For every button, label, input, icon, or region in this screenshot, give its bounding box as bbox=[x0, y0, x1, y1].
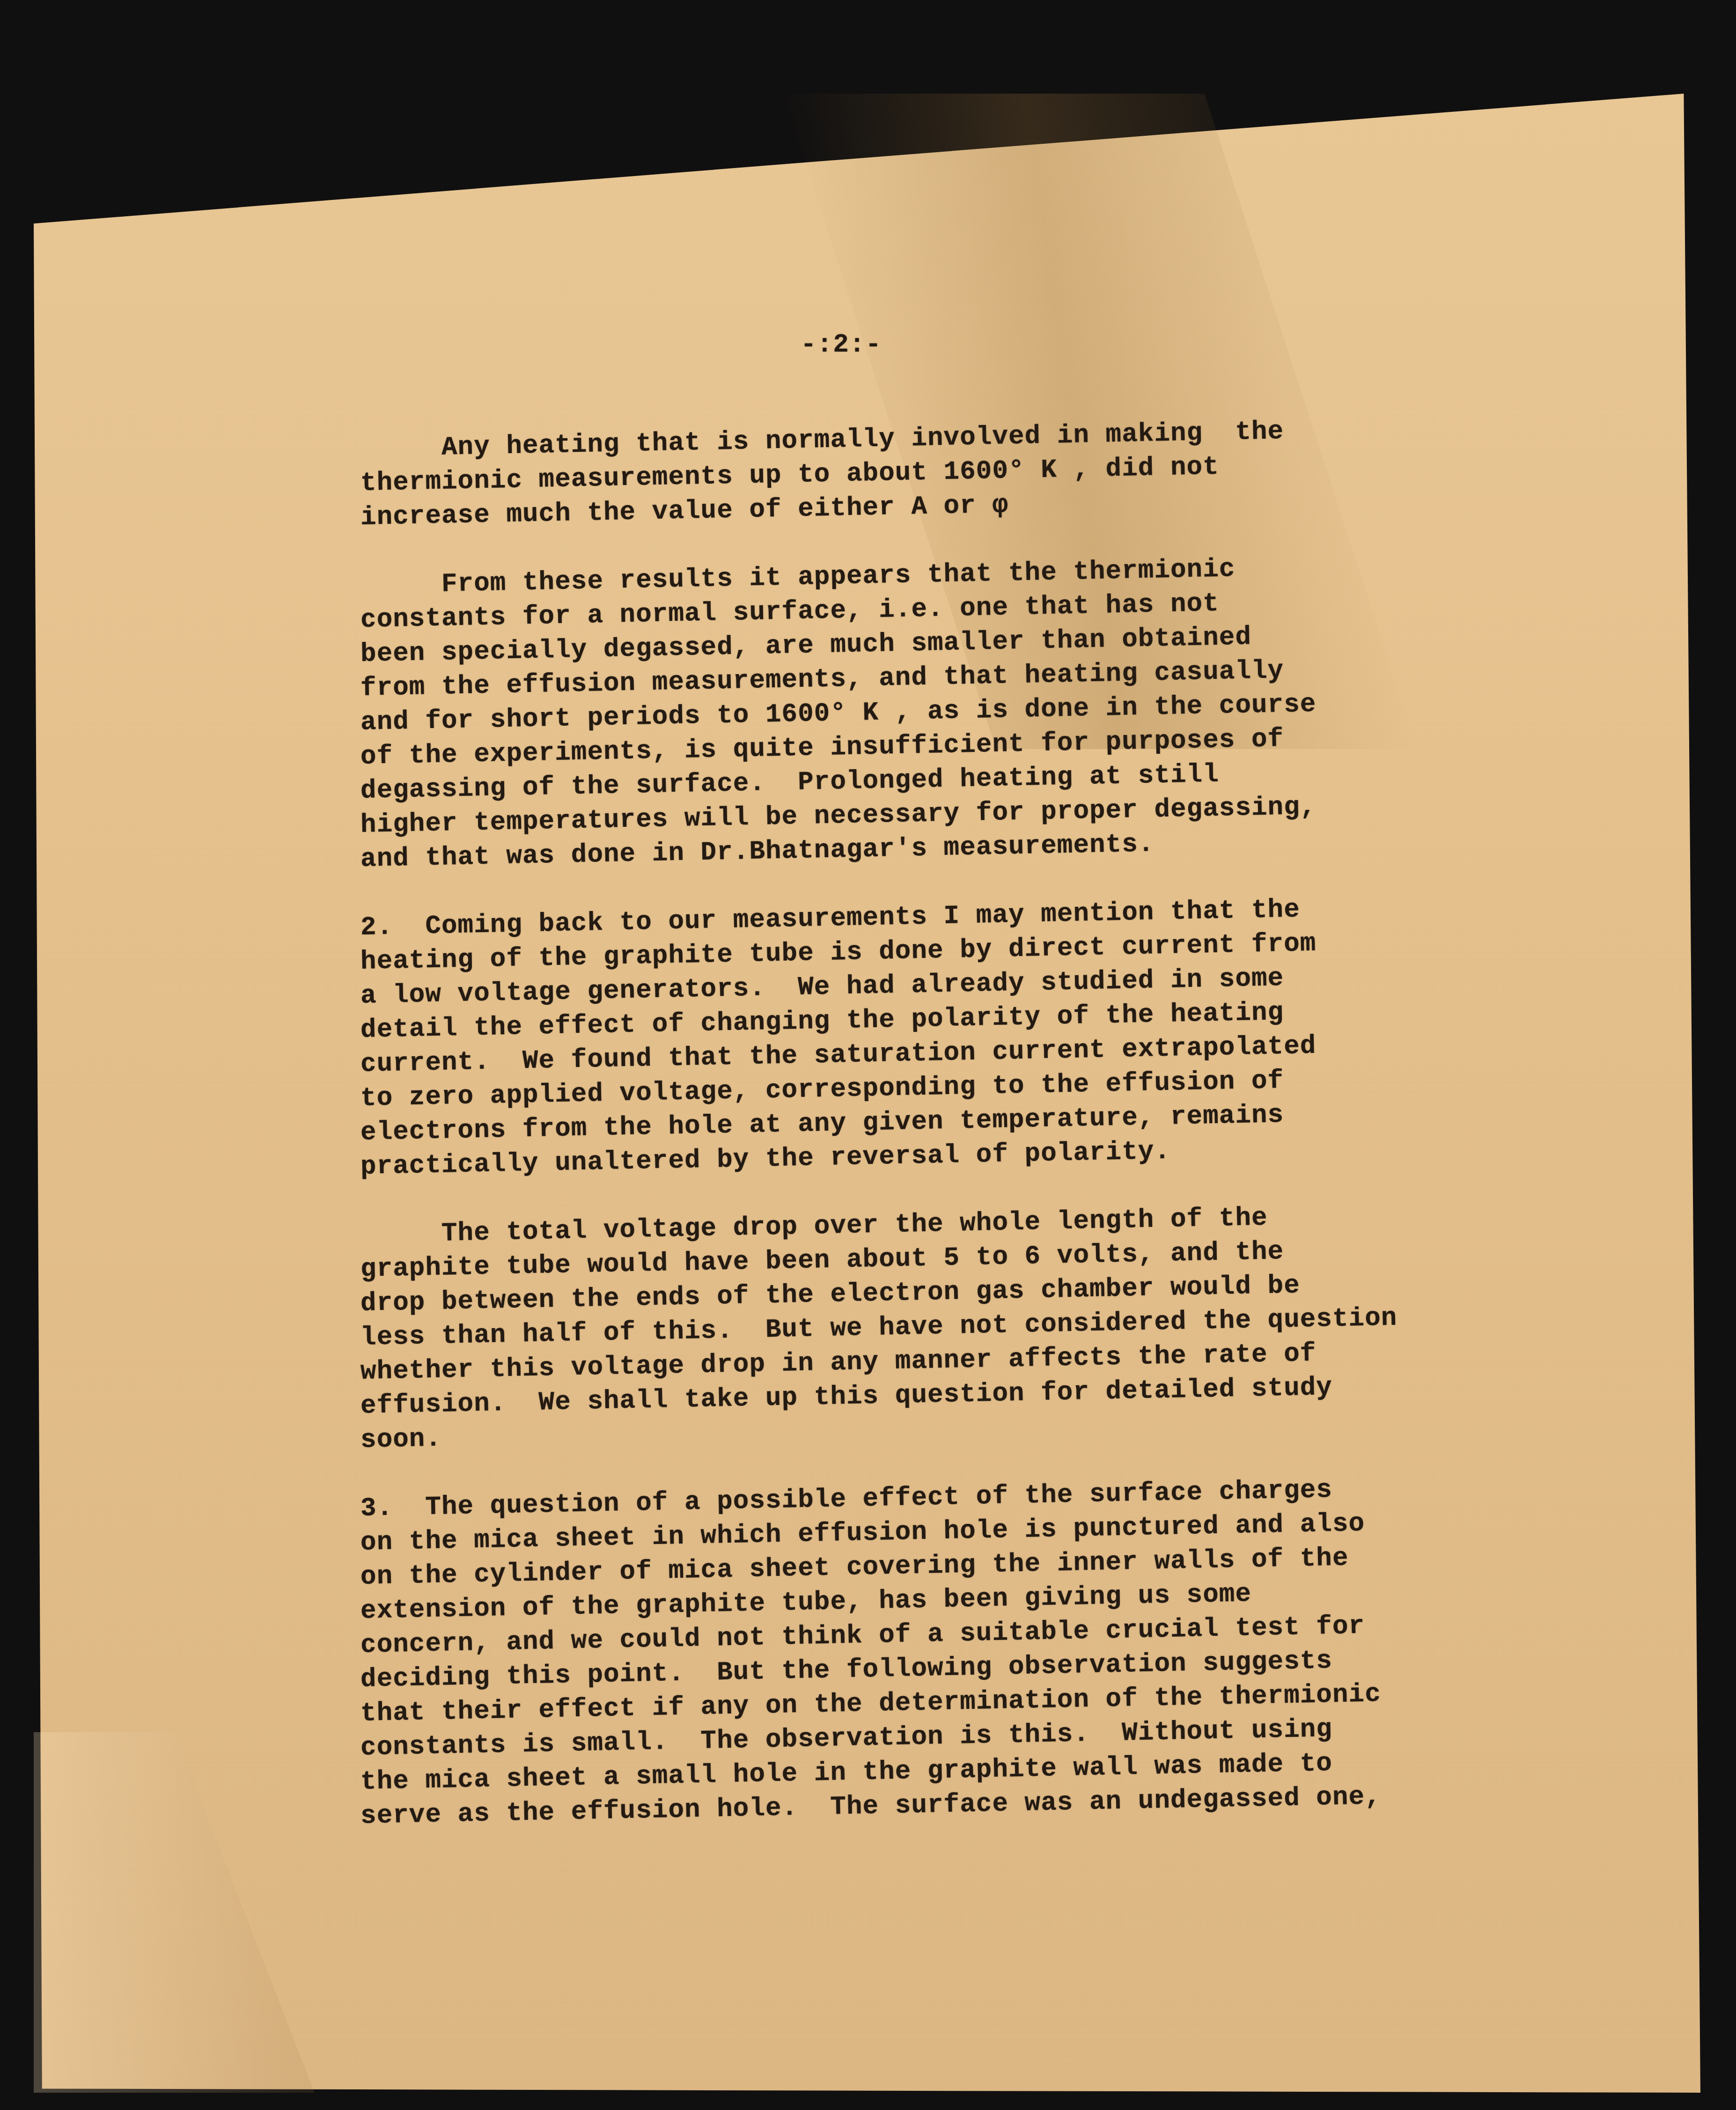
paragraph-5-section-3: 3. The question of a possible effect of … bbox=[360, 1492, 1625, 1833]
paragraph-4: The total voltage drop over the whole le… bbox=[360, 1218, 1625, 1457]
page-number: -:2:- bbox=[360, 328, 1625, 362]
paragraph-2: From these results it appears that the t… bbox=[360, 569, 1625, 876]
paragraph-3-section-2: 2. Coming back to our measurements I may… bbox=[360, 911, 1625, 1184]
typed-document: -:2:- Any heating that is normally invol… bbox=[360, 328, 1625, 1867]
paragraph-1: Any heating that is normally involved in… bbox=[360, 432, 1625, 535]
